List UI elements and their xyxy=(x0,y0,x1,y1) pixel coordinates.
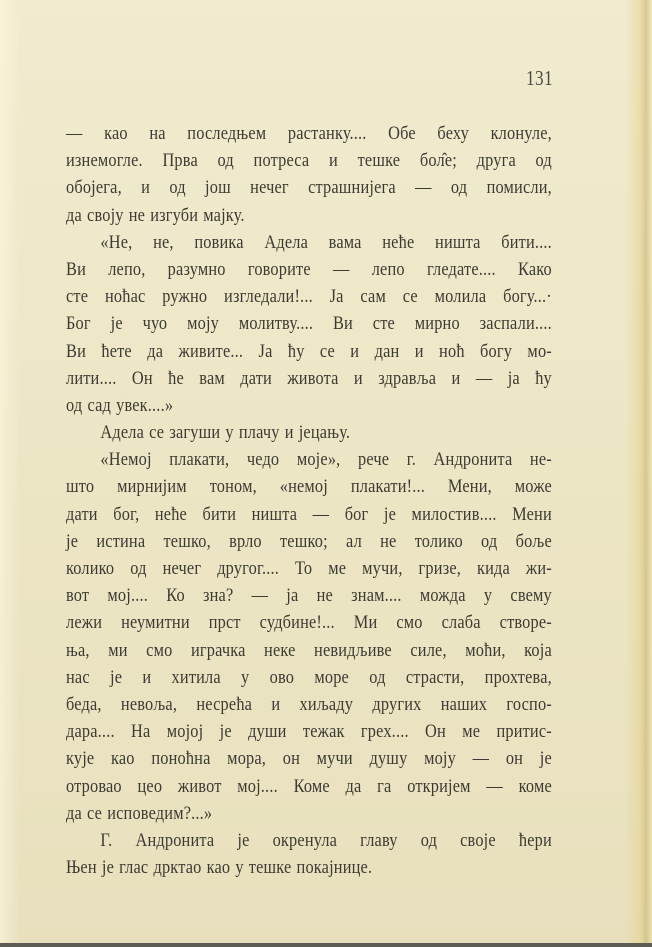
text-line: Г. Андронита је окренула главу од своје … xyxy=(66,827,552,854)
text-line: «Немој плакати, чедо моје», рече г. Андр… xyxy=(66,446,552,473)
text-line: Бог је чуо моју молитву.... Ви сте мирно… xyxy=(66,310,552,337)
text-line: да своју не изгуби мајку. xyxy=(66,202,552,229)
text-line: ња, ми смо играчка неке невидљиве силе, … xyxy=(66,637,552,664)
text-line: дати бог, неће бити ништа — бог је милос… xyxy=(66,501,552,528)
text-line: Ви ћете да живите... Ја ћу се и дан и но… xyxy=(66,338,552,365)
text-line: «Не, не, повика Адела вама неће ништа би… xyxy=(66,229,552,256)
text-line: обојега, и од још нечег страшнијега — од… xyxy=(66,174,552,201)
text-line: изнемогле. Прва од потреса и тешке бол̂е… xyxy=(66,147,552,174)
text-line: Ви лепо, разумно говорите — лепо гледате… xyxy=(66,256,552,283)
text-line: колико од нечег другог.... То ме мучи, г… xyxy=(66,555,552,582)
text-line: нас је и хитила у ово море од страсти, п… xyxy=(66,664,552,691)
text-line: дара.... На мојој је души тежак грех....… xyxy=(66,718,552,745)
text-line: кује као поноћна мора, он мучи душу моју… xyxy=(66,745,552,772)
text-line: сте ноћас ружно изгледали!... Ја сам се … xyxy=(66,283,552,310)
text-line: лежи неумитни прст судбине!... Ми смо сл… xyxy=(66,609,552,636)
text-line: беда, невоља, несрећа и хиљаду других на… xyxy=(66,691,552,718)
page-number: 131 xyxy=(514,66,553,91)
text-line: — као на последњем растанку.... Обе беху… xyxy=(66,120,552,147)
text-line: од сад увек....» xyxy=(66,392,552,419)
text-line: је истина тешко, врло тешко; ал не толик… xyxy=(66,528,552,555)
text-line: да се исповедим?...» xyxy=(66,800,552,827)
text-line: што мирнијим тоном, «немој плакати!... М… xyxy=(66,473,552,500)
text-line: Њен је глас дрктао као у тешке покајнице… xyxy=(66,854,552,881)
text-line: Адела се загуши у плачу и јецању. xyxy=(66,419,552,446)
text-line: лити.... Он ће вам дати живота и здравља… xyxy=(66,365,552,392)
body-text: — као на последњем растанку.... Обе беху… xyxy=(66,120,552,881)
page-bottom-edge xyxy=(0,943,652,947)
text-line: отровао цео живот мој.... Коме да га отк… xyxy=(66,773,552,800)
text-line: вот мој.... Ко зна? — ја не знам.... мож… xyxy=(66,582,552,609)
